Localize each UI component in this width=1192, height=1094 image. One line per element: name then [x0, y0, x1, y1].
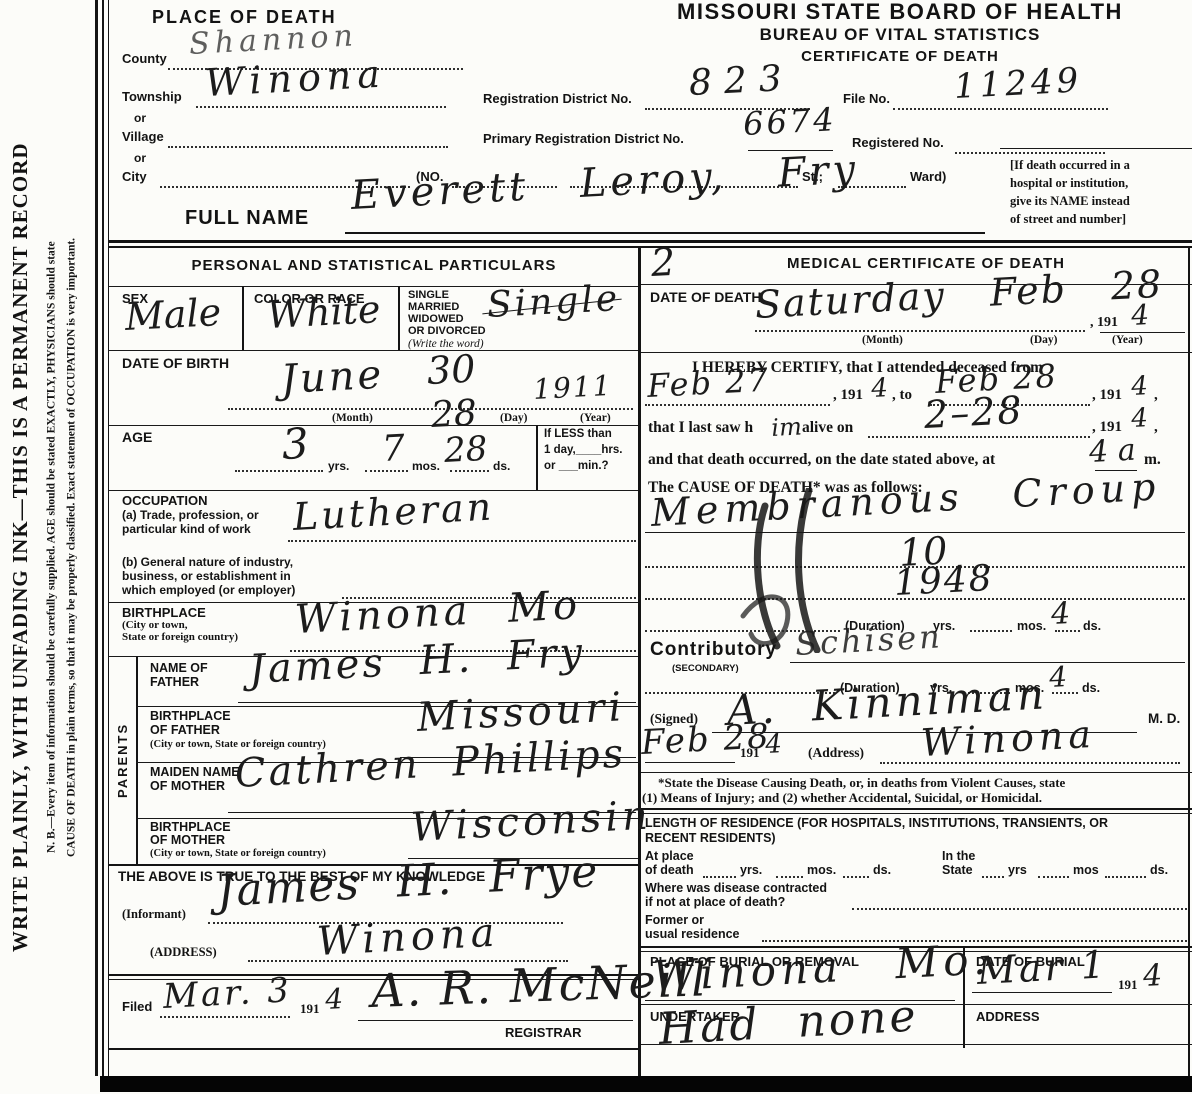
md-label: M. D. — [1148, 712, 1180, 726]
at-place-label2: of death — [645, 864, 694, 877]
dob-month-caption: (Month) — [332, 412, 373, 424]
marital-value-handwriting: Single — [486, 281, 621, 324]
township-value-handwriting: Winona — [204, 55, 387, 102]
certify-from-year-printed: , 191 — [833, 388, 863, 404]
date-of-death-year-line — [1100, 332, 1185, 333]
footnote-line2: (1) Means of Injury; and (2) whether Acc… — [642, 791, 1042, 805]
father-name-label1: NAME OF — [150, 662, 208, 675]
certify-to-year-handwriting: 4 — [1131, 373, 1149, 400]
hospital-note-line2: hospital or institution, — [1010, 174, 1190, 192]
parents-cell-divider — [136, 656, 138, 864]
filed-year-handwriting: 4 — [325, 985, 344, 1014]
registrar-label: REGISTRAR — [505, 1026, 582, 1040]
bureau-title: BUREAU OF VITAL STATISTICS — [610, 26, 1190, 44]
primary-registration-value-handwriting: 6674 — [742, 103, 837, 140]
mother-birthplace-sub: (City or town, State or foreign country) — [150, 848, 326, 859]
age-yrs-handwriting: 3 — [281, 423, 310, 466]
sex-cell-divider — [242, 286, 244, 350]
lastsaw-him-handwriting: im — [771, 414, 803, 440]
former-label1: Former or — [645, 914, 704, 927]
burial-year-printed: 191 — [1118, 978, 1138, 992]
file-no-label: File No. — [843, 92, 890, 106]
dob-label: DATE OF BIRTH — [122, 356, 229, 371]
dob-day-caption: (Day) — [500, 412, 527, 424]
at-place-yrs-line — [703, 876, 736, 878]
at-place-yrs-label: yrs. — [740, 864, 762, 877]
age-mos-line — [365, 470, 408, 472]
contributory-secondary-label: (SECONDARY) — [672, 664, 739, 674]
father-birthplace-label1: BIRTHPLACE — [150, 710, 231, 723]
age-yrs-label: yrs. — [328, 460, 349, 473]
certify-comma-2: , — [1154, 420, 1158, 436]
birthplace-sub2: State or foreign country) — [122, 632, 238, 644]
undertaker-address-label: ADDRESS — [976, 1010, 1040, 1024]
certify-comma-1: , — [1154, 388, 1158, 404]
state-yrs-label: yrs — [1008, 864, 1027, 877]
marital-label-widowed: WIDOWED — [408, 314, 464, 326]
cause-line-3 — [645, 598, 1185, 600]
date-of-death-line — [755, 330, 1085, 332]
informant-handwriting: James H. Frye — [216, 850, 601, 914]
marital-label-married: MARRIED — [408, 302, 459, 314]
dob-month-handwriting: June — [280, 355, 385, 400]
village-line — [168, 146, 448, 148]
state-mos-label: mos — [1073, 864, 1099, 877]
row-rule-sex — [108, 350, 638, 351]
at-place-mos-label: mos. — [807, 864, 836, 877]
signed-address-handwriting: Winona — [920, 715, 1097, 762]
file-no-line — [893, 108, 1108, 110]
parents-side-label: PARENTS — [110, 660, 136, 860]
contributory-label: Contributory — [650, 640, 777, 660]
contracted-label1: Where was disease contracted — [645, 882, 827, 895]
mother-birthplace-handwriting: Wisconsin — [410, 795, 653, 848]
lastsaw-date-handwriting: 2–28 — [923, 391, 1024, 434]
full-name-line — [345, 232, 985, 234]
less-than-line3: or ___min.? — [544, 460, 609, 472]
certify-from-handwriting: Feb 27 — [646, 364, 770, 402]
bottom-rule-left — [108, 1048, 638, 1050]
board-title: MISSOURI STATE BOARD OF HEALTH — [610, 0, 1190, 23]
state-yrs-line — [982, 876, 1004, 878]
cause-duration-ds-handwriting: 4 — [1050, 599, 1071, 630]
hospital-note: [If death occurred in a hospital or inst… — [1010, 156, 1190, 229]
age-label: AGE — [122, 430, 152, 445]
registered-no-line — [955, 152, 1105, 154]
bottom-rule-right — [641, 1044, 1192, 1045]
informant-address-handwriting: Winona — [316, 912, 500, 962]
occupation-a-handwriting: Lutheran — [292, 488, 495, 536]
less-than-line2: 1 day,____hrs. — [544, 444, 622, 456]
hospital-note-line3: give its NAME instead — [1010, 192, 1190, 210]
signed-year-handwriting: 4 — [765, 731, 783, 758]
footnote-rule-top — [641, 772, 1192, 773]
footnote-line1: *State the Disease Causing Death, or, in… — [658, 776, 1065, 790]
father-birthplace-label2: OF FATHER — [150, 724, 220, 737]
dob-year-handwriting: 1911 — [533, 372, 614, 404]
township-line — [196, 106, 446, 108]
residence-title-line2: RECENT RESIDENTS) — [645, 832, 776, 845]
cause-duration-ds-label: ds. — [1083, 620, 1101, 633]
father-name-label2: FATHER — [150, 676, 199, 689]
personal-title: PERSONAL AND STATISTICAL PARTICULARS — [110, 258, 638, 274]
state-mos-line — [1038, 876, 1069, 878]
burial-date-line — [972, 992, 1112, 993]
certify-from-year-handwriting: 4 — [871, 375, 889, 402]
birthplace-sub1: (City or town, — [122, 620, 187, 632]
township-label: Township — [122, 90, 182, 104]
race-cell-divider — [398, 286, 400, 350]
at-place-label1: At place — [645, 850, 694, 863]
certify-from-line — [645, 404, 830, 406]
contributory-line — [790, 662, 1185, 663]
occupation-label: OCCUPATION — [122, 494, 207, 508]
occupation-a-line2: particular kind of work — [122, 523, 251, 536]
in-the-label: In the — [942, 850, 975, 863]
at-place-ds-label: ds. — [873, 864, 891, 877]
or-label-1: or — [134, 112, 146, 125]
mother-name-label1: MAIDEN NAME — [150, 766, 240, 779]
age-cell-divider — [536, 425, 538, 490]
contributory-duration-ds-label: ds. — [1082, 682, 1100, 695]
registration-district-label: Registration District No. — [483, 92, 632, 106]
lastsaw-line — [868, 436, 1090, 438]
burial-date-handwriting: Mar 1 — [976, 945, 1109, 990]
occupation-a-line — [288, 540, 636, 542]
age-mos-label: mos. — [412, 460, 440, 473]
cause-of-death-handwriting: Membranous Croup — [650, 467, 1162, 532]
at-place-ds-line — [843, 876, 869, 878]
full-name-handwriting: Everett Leroy, Fry — [350, 149, 860, 216]
marital-label-single: SINGLE — [408, 290, 449, 302]
signed-date-line — [645, 762, 735, 763]
or-label-2: or — [134, 152, 146, 165]
filed-date-handwriting: Mar. 3 — [162, 973, 292, 1014]
registrar-line — [358, 1020, 633, 1021]
dob-year-caption: (Year) — [580, 412, 611, 424]
less-than-line1: If LESS than — [544, 428, 612, 440]
row-rule-dod — [641, 352, 1192, 353]
occupation-b-line3: which employed (or employer) — [122, 584, 295, 597]
margin-note-line1: N. B.—Every item of information should b… — [42, 0, 61, 1094]
cause-duration-mos-label: mos. — [1017, 620, 1046, 633]
mother-birthplace-label2: OF MOTHER — [150, 834, 225, 847]
registration-district-value-handwriting: 823 — [688, 61, 794, 102]
filed-label: Filed — [122, 1000, 152, 1014]
form-border-outer — [95, 0, 98, 1076]
certify-to-label: , to — [892, 388, 912, 404]
margin-warning-text: WRITE PLAINLY, WITH UNFADING INK—THIS IS… — [4, 0, 36, 1094]
signed-address-label: (Address) — [808, 746, 864, 760]
occupation-a-line1: (a) Trade, profession, or — [122, 509, 259, 522]
certify-to-year-printed: , 191 — [1092, 388, 1122, 404]
contributory-handwriting: Schisen — [794, 620, 943, 660]
residence-rule-1 — [641, 808, 1192, 810]
dod-year-caption: (Year) — [1112, 334, 1143, 346]
hospital-note-line4: of street and number] — [1010, 210, 1190, 228]
primary-registration-label: Primary Registration District No. — [483, 132, 684, 146]
state-ds-label: ds. — [1150, 864, 1168, 877]
dod-day-caption: (Day) — [1030, 334, 1057, 346]
date-of-death-year-printed: , 191 — [1090, 316, 1118, 331]
signed-year-printed: 191 — [740, 746, 760, 760]
occupation-b-line2: business, or establishment in — [122, 570, 291, 583]
lastsaw-text-2: alive on — [802, 420, 853, 436]
death-occurred-text: and that death occurred, on the date sta… — [648, 452, 995, 468]
ward-label: Ward) — [910, 170, 946, 184]
cause-note-2-handwriting: 1948 — [893, 561, 994, 602]
city-label: City — [122, 170, 147, 184]
death-time-handwriting: 4 a — [1088, 436, 1136, 468]
registered-no-label: Registered No. — [852, 136, 944, 150]
birthplace-label: BIRTHPLACE — [122, 606, 206, 620]
filed-date-line — [160, 1016, 290, 1018]
death-certificate-scan: WRITE PLAINLY, WITH UNFADING INK—THIS IS… — [0, 0, 1192, 1094]
margin-note-line2: CAUSE OF DEATH in plain terms, so that i… — [62, 0, 81, 1094]
contracted-line — [852, 908, 1187, 910]
age-ds-label: ds. — [493, 460, 510, 473]
informant-label: (Informant) — [122, 908, 186, 921]
occupation-b-line1: (b) General nature of industry, — [122, 556, 293, 569]
lastsaw-year-handwriting: 4 — [1131, 405, 1149, 432]
state-label: State — [942, 864, 973, 877]
file-no-value-handwriting: 11249 — [953, 63, 1083, 104]
burial-year-handwriting: 4 — [1142, 961, 1163, 992]
hospital-note-line1: [If death occurred in a — [1010, 156, 1190, 174]
hospital-note-top-line — [1000, 148, 1192, 149]
contributory-duration-ds-handwriting: 4 — [1049, 663, 1068, 692]
full-name-label: FULL NAME — [185, 208, 309, 229]
marital-label-divorced: OR DIVORCED — [408, 326, 486, 338]
form-border-inner — [102, 0, 104, 1076]
filed-year-printed: 191 — [300, 1002, 320, 1016]
state-ds-line — [1105, 876, 1146, 878]
dob-day-below-handwriting: 28 — [430, 396, 478, 434]
primary-registration-line — [748, 150, 833, 151]
informant-address-label: (ADDRESS) — [150, 946, 217, 959]
row-rule-dob — [108, 425, 638, 426]
date-of-death-label: DATE OF DEATH — [650, 290, 761, 305]
lastsaw-text-1: that I last saw h — [648, 420, 753, 436]
village-label: Village — [122, 130, 164, 144]
residence-rule-2 — [641, 813, 1192, 814]
age-ds-handwriting: 28 — [443, 432, 488, 468]
dod-month-caption: (Month) — [862, 334, 903, 346]
age-mos-handwriting: 7 — [381, 431, 406, 468]
father-birthplace-handwriting: Missouri — [416, 687, 626, 738]
cause-duration-mos-line — [970, 630, 1012, 632]
dob-day-handwriting: 30 — [426, 350, 476, 390]
former-label2: usual residence — [645, 928, 740, 941]
scan-artifact-bar — [100, 1076, 1192, 1092]
mother-name-label2: OF MOTHER — [150, 780, 225, 793]
contracted-label2: if not at place of death? — [645, 896, 785, 909]
race-value-handwriting: White — [266, 290, 381, 334]
county-label: County — [122, 52, 167, 66]
form-border-thin — [108, 0, 109, 1076]
at-place-mos-line — [776, 876, 803, 878]
sex-value-handwriting: Male — [124, 293, 222, 336]
age-yrs-line — [235, 470, 323, 472]
residence-title-line1: LENGTH OF RESIDENCE (FOR HOSPITALS, INST… — [645, 817, 1108, 830]
